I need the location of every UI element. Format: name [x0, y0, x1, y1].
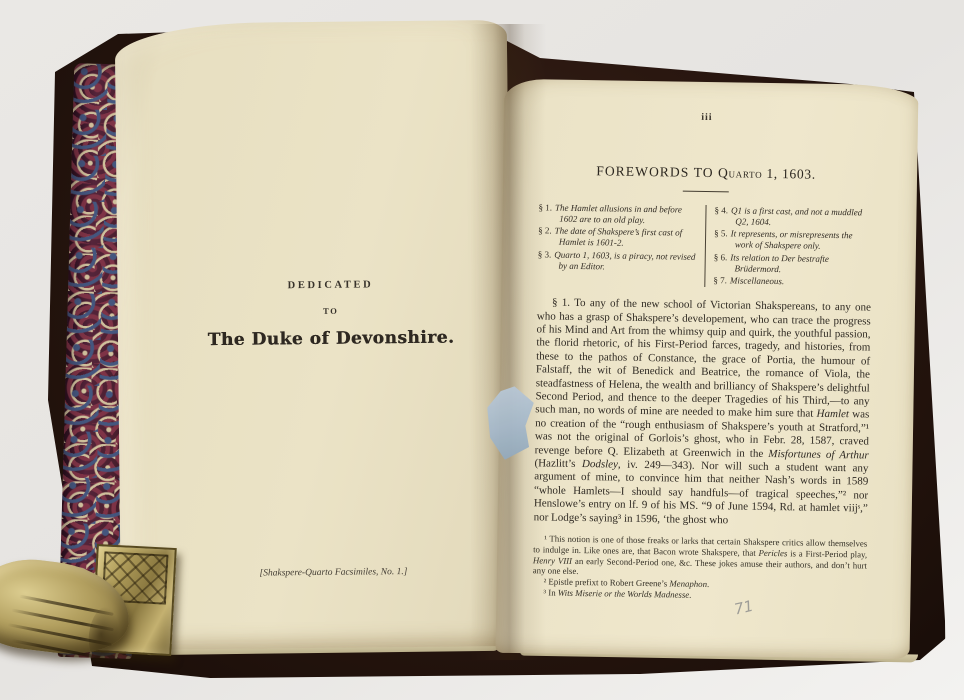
right-page: iii FOREWORDS TO Quarto 1, 1603. § 1.The… — [496, 79, 919, 659]
footnote-1: ¹ This notion is one of those freaks or … — [533, 533, 868, 581]
pencil-annotation: 71 — [732, 597, 755, 619]
section-item: § 2.The date of Shakspere’s first cast o… — [538, 226, 699, 251]
page-number: iii — [540, 109, 874, 125]
section-column-right: § 4.Q1 is a first cast, and not a muddle… — [704, 205, 872, 290]
brass-hand-clip — [0, 536, 190, 674]
dedicatee-name: The Duke of Devonshire. — [166, 327, 496, 350]
section-summary: § 1.The Hamlet allusions in and before 1… — [537, 202, 872, 289]
section-item: § 5.It represents, or misrepresents the … — [714, 228, 872, 253]
section-item: § 4.Q1 is a first cast, and not a muddle… — [714, 205, 872, 230]
section-item: § 1.The Hamlet allusions in and before 1… — [538, 202, 699, 227]
chapter-title-smallcaps: Quarto 1, 1603. — [718, 165, 816, 182]
to-line: TO — [166, 304, 496, 317]
section-item: § 3.Quarto 1, 1603, is a piracy, not rev… — [538, 249, 699, 274]
series-imprint: [Shakspere-Quarto Facsimiles, No. 1.] — [168, 566, 498, 579]
footnotes: ¹ This notion is one of those freaks or … — [532, 533, 867, 603]
chapter-title-main: FOREWORDS TO — [596, 163, 714, 180]
body-paragraph: § 1. To any of the new school of Victori… — [534, 296, 872, 529]
section-column-left: § 1.The Hamlet allusions in and before 1… — [537, 202, 705, 287]
book-photograph: DEDICATED TO The Duke of Devonshire. [Sh… — [0, 0, 964, 700]
section-item: § 6.Its relation to Der bestrafte Brüder… — [713, 252, 871, 277]
right-page-text-block: iii FOREWORDS TO Quarto 1, 1603. § 1.The… — [532, 109, 874, 603]
fingertip-shading — [86, 605, 123, 664]
dedication-block: DEDICATED TO The Duke of Devonshire. — [165, 278, 496, 350]
chapter-title: FOREWORDS TO Quarto 1, 1603. — [539, 162, 873, 183]
title-rule — [683, 191, 729, 193]
dedicated-line: DEDICATED — [165, 278, 495, 292]
section-item: § 7.Miscellaneous. — [713, 275, 871, 289]
